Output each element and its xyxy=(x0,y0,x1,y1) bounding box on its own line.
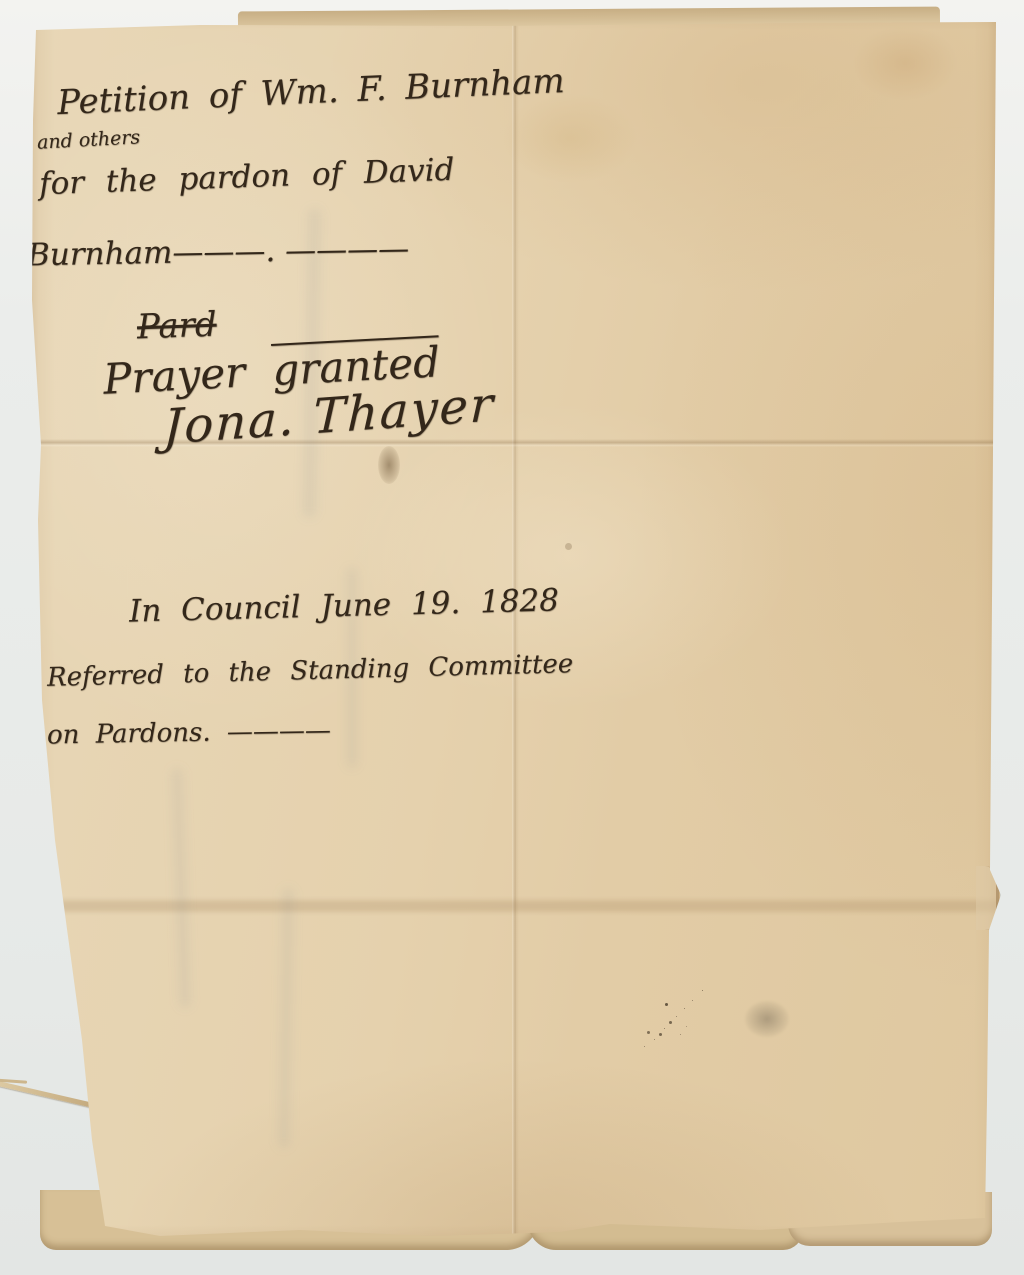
referral-line-2: on Pardons. ———— xyxy=(47,716,331,751)
council-date-line: In Council June 19. 1828 xyxy=(129,582,560,629)
vertical-fold-line xyxy=(512,22,519,1238)
ink-showthrough xyxy=(171,768,191,1008)
docket-title-line-3: for the pardon of David xyxy=(38,152,455,202)
small-stain xyxy=(565,543,572,550)
smudge-stain xyxy=(745,1001,789,1037)
horizontal-fold-line-lower xyxy=(25,897,1000,915)
scanned-document-page: Petition of Wm. F. Burnham and others fo… xyxy=(0,0,1024,1275)
paper-sheet: Petition of Wm. F. Burnham and others fo… xyxy=(25,8,1000,1253)
docket-title-line-4: Burnham———. ———— xyxy=(27,231,410,274)
docket-title-line-1: Petition of Wm. F. Burnham xyxy=(56,61,565,123)
referral-line-1: Referred to the Standing Committee xyxy=(47,649,574,693)
ink-blot xyxy=(378,446,400,484)
edge-tear xyxy=(976,866,999,930)
ink-speckles xyxy=(665,1003,668,1006)
binding-thread xyxy=(0,1080,97,1108)
ink-showthrough xyxy=(278,888,295,1148)
struck-out-word: Pard xyxy=(136,305,217,348)
docket-title-line-2-interlined: and others xyxy=(36,126,140,153)
